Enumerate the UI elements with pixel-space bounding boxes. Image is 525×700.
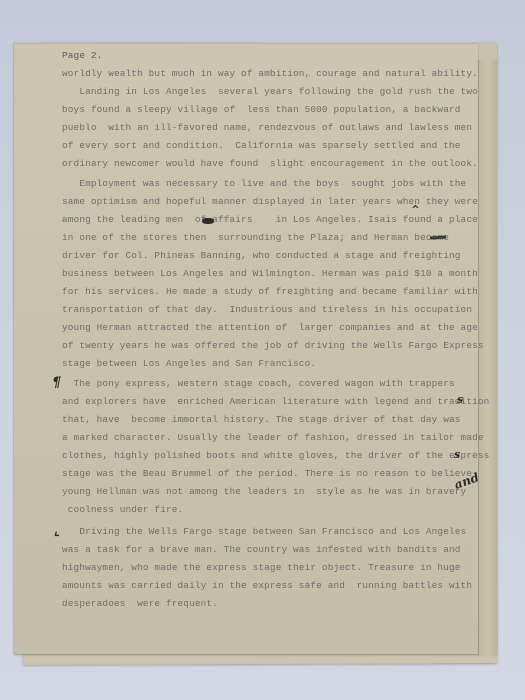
text-line: young Herman attracted the attention of … <box>62 322 478 334</box>
text-line: and explorers have enriched American lit… <box>62 396 489 408</box>
document-page: Page 2. worldly wealth but much in way o… <box>14 44 478 654</box>
handwritten-s-tradition: s <box>457 393 463 406</box>
text-line: business between Los Angeles and Wilming… <box>62 268 478 280</box>
page-number: Page 2. <box>62 50 102 62</box>
paragraph-bracket-mark: ⌞ <box>54 524 60 538</box>
caret-insert-mark: ‸ <box>411 194 420 208</box>
text-line: boys found a sleepy village of less than… <box>62 104 461 116</box>
typewritten-text: Page 2. worldly wealth but much in way o… <box>14 44 478 654</box>
text-line: Driving the Wells Fargo stage between Sa… <box>62 526 466 538</box>
text-line: stage was the Beau Brummel of the period… <box>62 468 472 480</box>
text-line: of twenty years he was offered the job o… <box>62 340 484 352</box>
text-line: coolness under fire. <box>62 504 183 516</box>
text-line: that, have become immortal history. The … <box>62 414 461 426</box>
text-line: transportation of that day. Industrious … <box>62 304 472 316</box>
text-line: young Hellman was not among the leaders … <box>62 486 466 498</box>
text-line: The pony express, western stage coach, c… <box>62 378 455 390</box>
text-line: clothes, highly polished boots and white… <box>62 450 489 462</box>
text-line: for his services. He made a study of fre… <box>62 286 478 298</box>
text-line: amounts was carried daily in the express… <box>62 580 472 592</box>
text-line: highwaymen, who made the express stage t… <box>62 562 461 574</box>
text-line: driver for Col. Phineas Banning, who con… <box>62 250 461 262</box>
text-line: pueblo with an ill-favored name, rendezv… <box>62 122 472 134</box>
text-line: a marked character. Usually the leader o… <box>62 432 484 444</box>
paragraph-mark-icon: ¶ <box>52 375 61 391</box>
text-line: of every sort and condition. California … <box>62 140 461 152</box>
text-line: ordinary newcomer would have found sligh… <box>62 158 478 170</box>
text-line: among the leading men of affairs in Los … <box>62 214 478 226</box>
text-line: in one of the stores then surrounding th… <box>62 232 449 244</box>
text-line: desperadoes were frequent. <box>62 598 218 610</box>
text-line: was a task for a brave man. The country … <box>62 544 461 556</box>
stacked-page-edge <box>478 60 497 656</box>
ink-blot <box>202 218 214 224</box>
text-line: stage between Los Angeles and San Franci… <box>62 358 316 370</box>
text-line: Landing in Los Angeles several years fol… <box>62 86 478 98</box>
text-line: worldly wealth but much in way of ambiti… <box>62 68 478 80</box>
handwritten-s-express: s <box>454 448 460 461</box>
text-line: Employment was necessary to live and the… <box>62 178 466 190</box>
